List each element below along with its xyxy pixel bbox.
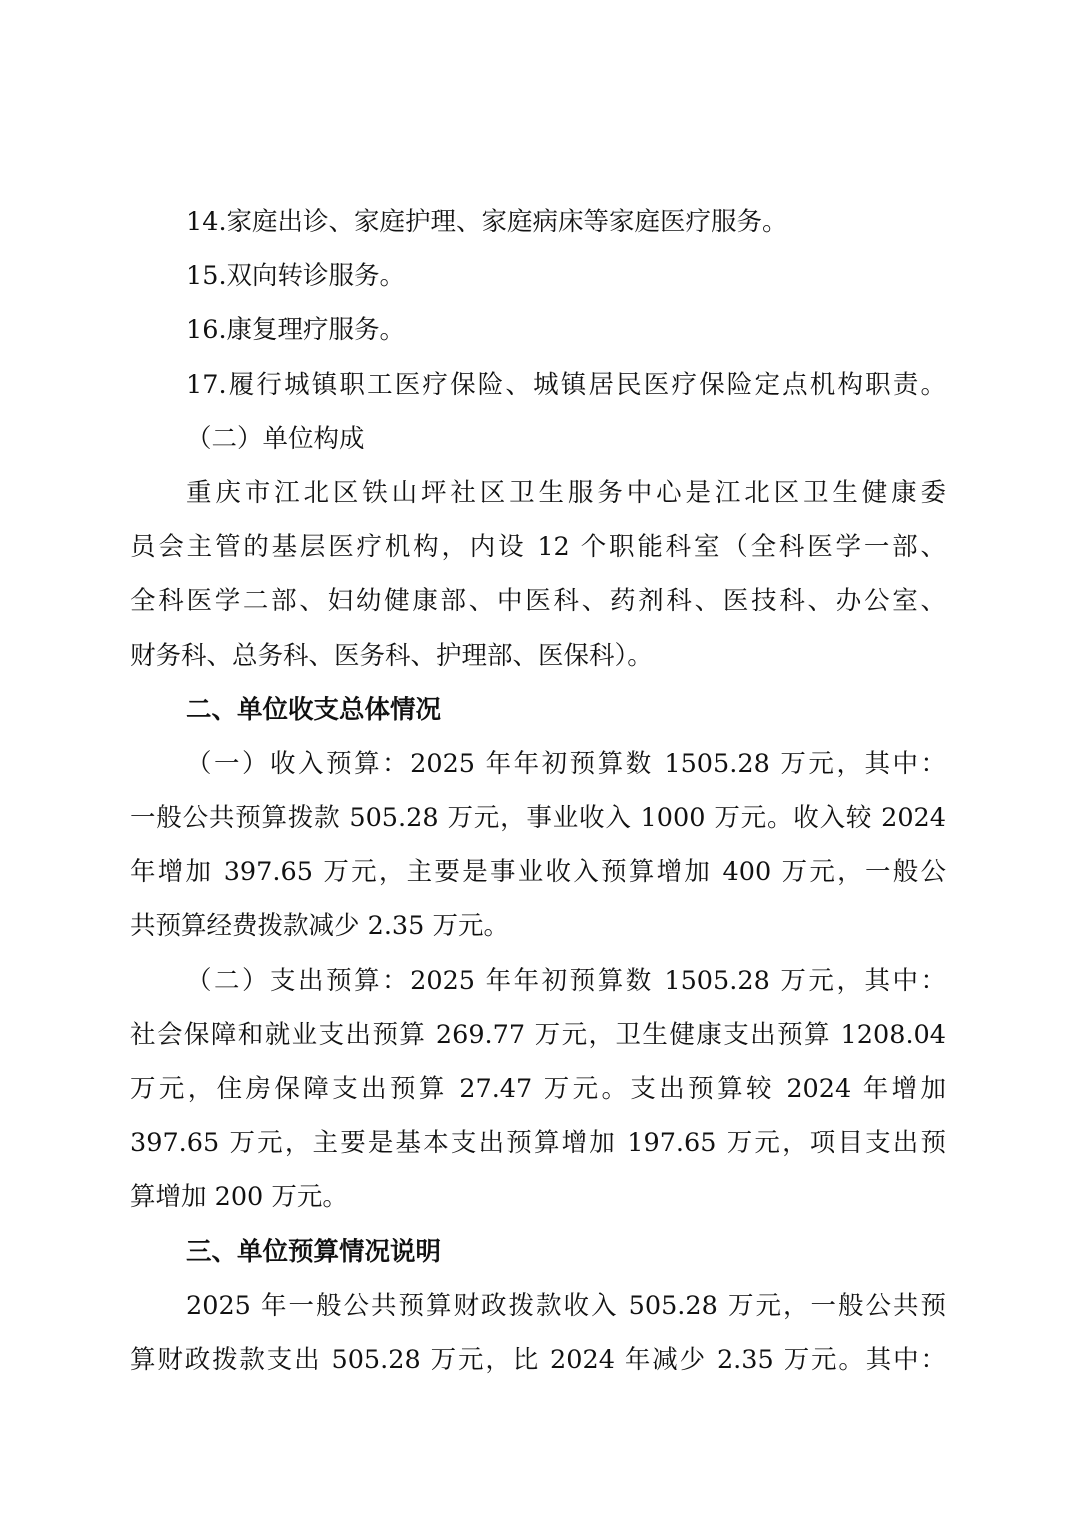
paragraph-line: 算财政拨款支出 505.28 万元，比 2024 年减少 2.35 万元。其中： [130,1333,946,1387]
list-item-16: 16.康复理疗服务。 [130,303,946,357]
paragraph-line: 2025 年一般公共预算财政拨款收入 505.28 万元，一般公共预 [130,1279,946,1333]
paragraph-line: 社会保障和就业支出预算 269.77 万元，卫生健康支出预算 1208.04 [130,1008,946,1062]
paragraph-line: 财务科、总务科、医务科、护理部、医保科）。 [130,629,946,683]
section-heading-overall: 二、单位收支总体情况 [130,683,946,737]
paragraph-line: 年增加 397.65 万元，主要是事业收入预算增加 400 万元，一般公 [130,845,946,899]
paragraph-line: （二）支出预算：2025 年年初预算数 1505.28 万元，其中： [130,954,946,1008]
subsection-heading-unit-composition: （二）单位构成 [130,412,946,466]
paragraph-line: 算增加 200 万元。 [130,1170,946,1224]
list-item-17: 17.履行城镇职工医疗保险、城镇居民医疗保险定点机构职责。 [130,358,946,412]
list-item-14: 14.家庭出诊、家庭护理、家庭病床等家庭医疗服务。 [130,195,946,249]
paragraph-line: （一）收入预算：2025 年年初预算数 1505.28 万元，其中： [130,737,946,791]
document-page: 14.家庭出诊、家庭护理、家庭病床等家庭医疗服务。 15.双向转诊服务。 16.… [0,0,1074,1520]
paragraph-line: 一般公共预算拨款 505.28 万元，事业收入 1000 万元。收入较 2024 [130,791,946,845]
paragraph-line: 397.65 万元，主要是基本支出预算增加 197.65 万元，项目支出预 [130,1116,946,1170]
paragraph-line: 员会主管的基层医疗机构，内设 12 个职能科室（全科医学一部、 [130,520,946,574]
document-body: 14.家庭出诊、家庭护理、家庭病床等家庭医疗服务。 15.双向转诊服务。 16.… [130,195,946,1387]
paragraph-line: 共预算经费拨款减少 2.35 万元。 [130,899,946,953]
section-heading-budget-explanation: 三、单位预算情况说明 [130,1225,946,1279]
paragraph-line: 重庆市江北区铁山坪社区卫生服务中心是江北区卫生健康委 [130,466,946,520]
paragraph-line: 全科医学二部、妇幼健康部、中医科、药剂科、医技科、办公室、 [130,574,946,628]
paragraph-line: 万元，住房保障支出预算 27.47 万元。支出预算较 2024 年增加 [130,1062,946,1116]
list-item-15: 15.双向转诊服务。 [130,249,946,303]
